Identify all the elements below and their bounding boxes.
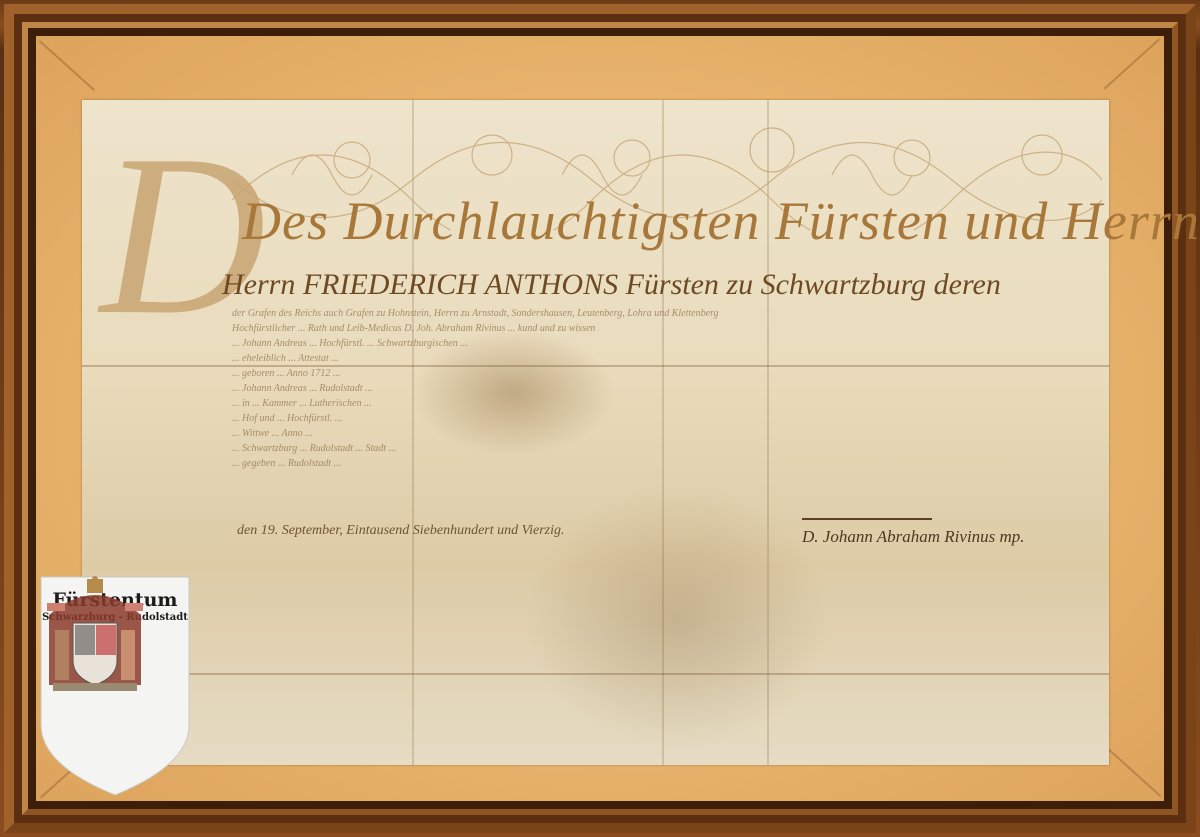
manuscript-line: ... Schwartzburg ... Rudolstadt ... Stad…	[232, 443, 1102, 454]
manuscript-body: der Grafen des Reichs auch Grafen zu Hoh…	[232, 308, 1102, 473]
manuscript-line: ... Hof und ... Hochfürstl. ...	[232, 413, 1102, 424]
fold-crease	[82, 673, 1109, 675]
manuscript-line: ... in ... Kammer ... Lutherischen ...	[232, 398, 1102, 409]
region-badge: Fürstentum Schwarzburg - Rudolstadt	[39, 575, 191, 797]
manuscript-line: ... gegeben ... Rudolstadt ...	[232, 458, 1102, 469]
manuscript-line: ... Johann Andreas ... Hochfürstl. ... S…	[232, 338, 1102, 349]
photo-scene: D Des Durchlauchtigsten Fürsten und Herr…	[0, 0, 1200, 837]
manuscript-line: der Grafen des Reichs auch Grafen zu Hoh…	[232, 308, 1102, 319]
signature: D. Johann Abraham Rivinus mp.	[802, 527, 1025, 547]
manuscript-line: ... eheleiblich ... Attestat ...	[232, 353, 1102, 364]
heading-line-1: Des Durchlauchtigsten Fürsten und Herrn	[242, 190, 1102, 252]
date-line: den 19. September, Eintausend Siebenhund…	[237, 523, 565, 539]
manuscript-line: ... geboren ... Anno 1712 ...	[232, 368, 1102, 379]
manuscript-line: ... Johann Andreas ... Rudolstadt ...	[232, 383, 1102, 394]
parchment-document: D Des Durchlauchtigsten Fürsten und Herr…	[82, 100, 1109, 765]
coat-of-arms-icon	[39, 575, 151, 705]
heading-line-2: Herrn FRIEDERICH ANTHONS Fürsten zu Schw…	[222, 268, 1102, 302]
illuminated-initial: D	[100, 120, 250, 380]
decorative-flourish-line	[802, 508, 932, 520]
manuscript-line: Hochfürstlicher ... Rath und Leib-Medicu…	[232, 323, 1102, 334]
manuscript-line: ... Wittwe ... Anno ...	[232, 428, 1102, 439]
